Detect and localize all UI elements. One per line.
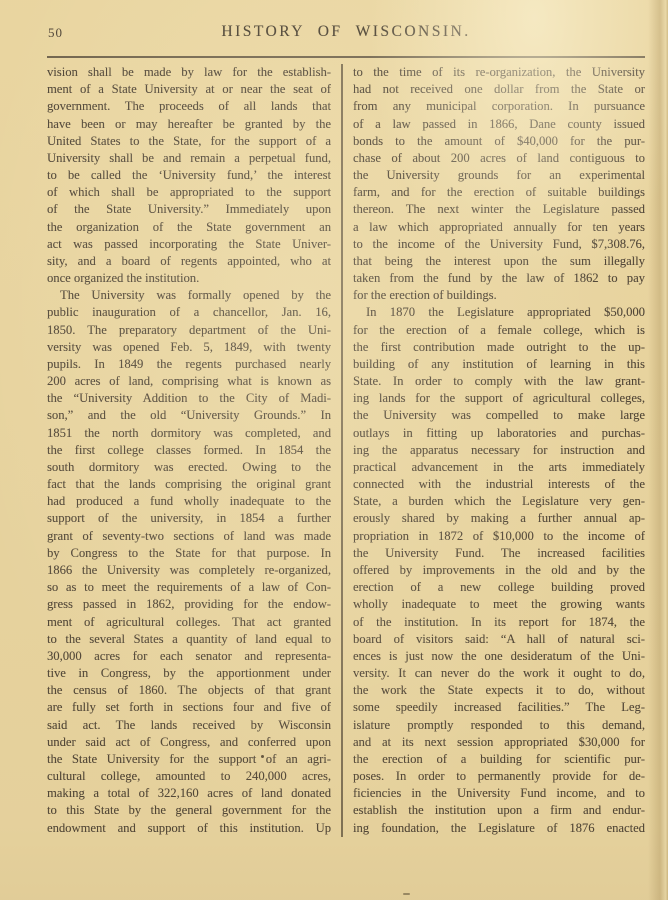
text-line: University shall be and remain a perpetu… xyxy=(47,150,331,167)
text-line: the census of 1860. The objects of that … xyxy=(47,682,331,699)
text-line: of which shall be appropriated to the su… xyxy=(47,184,331,201)
text-line: outlays in fitting up laboratories and p… xyxy=(353,425,645,442)
text-line: ing foundation, the Legislature of 1876 … xyxy=(353,820,645,837)
text-line: erously shared by making a further annua… xyxy=(353,510,645,527)
column-divider xyxy=(341,64,342,837)
text-line: connected with the industrial interests … xyxy=(353,476,645,493)
text-line: ing lands for the support of agricultura… xyxy=(353,390,645,407)
text-line: fact that the lands comprising the origi… xyxy=(47,476,331,493)
text-line: In 1870 the Legislature appropriated $50… xyxy=(353,304,645,321)
text-line: to the time of its re-organization, the … xyxy=(353,64,645,81)
text-line: making a total of 322,160 acres of land … xyxy=(47,785,331,802)
print-speck xyxy=(403,893,410,895)
text-line: son,” and the old “University Grounds.” … xyxy=(47,407,331,424)
left-column: vision shall be made by law for the esta… xyxy=(47,64,331,837)
text-line: United States to the State, for the supp… xyxy=(47,133,331,150)
right-column: to the time of its re-organization, the … xyxy=(353,64,645,837)
page-title: HISTORY OF WISCONSIN. xyxy=(47,23,645,41)
text-line: board of visitors said: “A hall of natur… xyxy=(353,631,645,648)
text-line: are fully set forth in sections four and… xyxy=(47,699,331,716)
text-line: 200 acres of land, comprising what is kn… xyxy=(47,373,331,390)
text-line: the State University for the support of … xyxy=(47,751,331,768)
page-edge-shadow xyxy=(648,0,668,900)
text-line: erection of a new college building prove… xyxy=(353,579,645,596)
text-line: wholly inadequate to meet the growing wa… xyxy=(353,596,645,613)
text-line: south dormitory was erected. Owing to th… xyxy=(47,459,331,476)
text-columns: vision shall be made by law for the esta… xyxy=(47,64,645,837)
text-line: had not received one dollar from the Sta… xyxy=(353,81,645,98)
text-line: ment of agricultural colleges. That act … xyxy=(47,614,331,631)
text-line: of the institution. In its report for 18… xyxy=(353,614,645,631)
text-line: for the erection of a female college, wh… xyxy=(353,322,645,339)
text-line: of a law passed in 1866, Dane county iss… xyxy=(353,116,645,133)
text-line: 30,000 acres for each senator and repres… xyxy=(47,648,331,665)
text-line: building of any institution of learning … xyxy=(353,356,645,373)
text-line: some speedily increased facilities.” The… xyxy=(353,699,645,716)
text-line: farm, and for the erection of suitable b… xyxy=(353,184,645,201)
text-line: poses. In order to permanently provide f… xyxy=(353,768,645,785)
text-line: cultural college, amounted to 240,000 ac… xyxy=(47,768,331,785)
text-line: 1850. The preparatory department of the … xyxy=(47,322,331,339)
text-line: to be called the ‘University fund,’ the … xyxy=(47,167,331,184)
text-line: tive in Congress, by the apportionment u… xyxy=(47,665,331,682)
text-line: support of the university, in 1854 a fur… xyxy=(47,510,331,527)
text-line: had produced a fund wholly inadequate to… xyxy=(47,493,331,510)
text-line: once organized the institution. xyxy=(47,270,331,287)
text-line: 1851 the north dormitory was completed, … xyxy=(47,425,331,442)
text-line: taken from the fund by the law of 1862 t… xyxy=(353,270,645,287)
text-line: under said act of Congress, and conferre… xyxy=(47,734,331,751)
text-line: State. In order to comply with the law g… xyxy=(353,373,645,390)
text-line: to the income of the University Fund, $7… xyxy=(353,236,645,253)
text-line: ing the apparatus necessary for instruct… xyxy=(353,442,645,459)
text-line: establish the institution upon a firm an… xyxy=(353,802,645,819)
text-line: by Congress to the State for that purpos… xyxy=(47,545,331,562)
book-page: 50 HISTORY OF WISCONSIN. vision shall be… xyxy=(0,0,668,900)
text-line: so as to meet the requirements of a law … xyxy=(47,579,331,596)
text-line: act was passed incorporating the State U… xyxy=(47,236,331,253)
text-line: 1866 the University was completely re-or… xyxy=(47,562,331,579)
text-line: the organization of the State government… xyxy=(47,219,331,236)
text-line: thereon. The next winter the Legislature… xyxy=(353,201,645,218)
text-line: ment of a State University at or near th… xyxy=(47,81,331,98)
text-line: versity. It can never do the work it oug… xyxy=(353,665,645,682)
text-line: endowment and support of this institutio… xyxy=(47,820,331,837)
text-line: vision shall be made by law for the esta… xyxy=(47,64,331,81)
text-line: the first contribution made outright to … xyxy=(353,339,645,356)
text-line: a law which appropriated annually for te… xyxy=(353,219,645,236)
text-line: the work the State expects it to do, wit… xyxy=(353,682,645,699)
text-line: have been or may hereafter be granted by… xyxy=(47,116,331,133)
text-line: and at its next session appropriated $30… xyxy=(353,734,645,751)
text-line: public inauguration of a chancellor, Jan… xyxy=(47,304,331,321)
text-line: from any municipal corporation. In pursu… xyxy=(353,98,645,115)
text-line: ences is just now the one desideratum of… xyxy=(353,648,645,665)
text-line: the first college classes formed. In 185… xyxy=(47,442,331,459)
text-line: grant of seventy-two sections of land wa… xyxy=(47,528,331,545)
text-line: the “University Addition to the City of … xyxy=(47,390,331,407)
text-line: that being the interest upon the sum ill… xyxy=(353,253,645,270)
text-line: to the several States a quantity of land… xyxy=(47,631,331,648)
text-line: of the State University.” Immediately up… xyxy=(47,201,331,218)
text-line: pupils. In 1849 the regents purchased ne… xyxy=(47,356,331,373)
text-line: The University was formally opened by th… xyxy=(47,287,331,304)
header-rule xyxy=(47,56,645,58)
text-line: sity, and a board of regents appointed, … xyxy=(47,253,331,270)
text-line: versity was opened Feb. 5, 1849, with tw… xyxy=(47,339,331,356)
text-line: gress passed in 1862, providing for the … xyxy=(47,596,331,613)
text-line: to this State by the general government … xyxy=(47,802,331,819)
text-line: State, a burden which the Legislature ve… xyxy=(353,493,645,510)
text-line: bonds to the amount of $40,000 for the p… xyxy=(353,133,645,150)
text-line: ficiencies in the University Fund income… xyxy=(353,785,645,802)
text-line: the erection of a building for scientifi… xyxy=(353,751,645,768)
text-line: the University grounds for an experiment… xyxy=(353,167,645,184)
text-line: practical advancement in the arts immedi… xyxy=(353,459,645,476)
text-line: said act. The lands received by Wisconsi… xyxy=(47,717,331,734)
text-line: offered by improvements in the old and b… xyxy=(353,562,645,579)
text-line: the University was compelled to make lar… xyxy=(353,407,645,424)
print-speck xyxy=(261,755,264,758)
text-line: the University Fund. The increased facil… xyxy=(353,545,645,562)
text-line: islature promptly responded to this dema… xyxy=(353,717,645,734)
text-line: propriation in 1872 of $10,000 to the in… xyxy=(353,528,645,545)
text-line: government. The proceeds of all lands th… xyxy=(47,98,331,115)
text-line: chase of about 200 acres of land contigu… xyxy=(353,150,645,167)
text-line: for the erection of buildings. xyxy=(353,287,645,304)
